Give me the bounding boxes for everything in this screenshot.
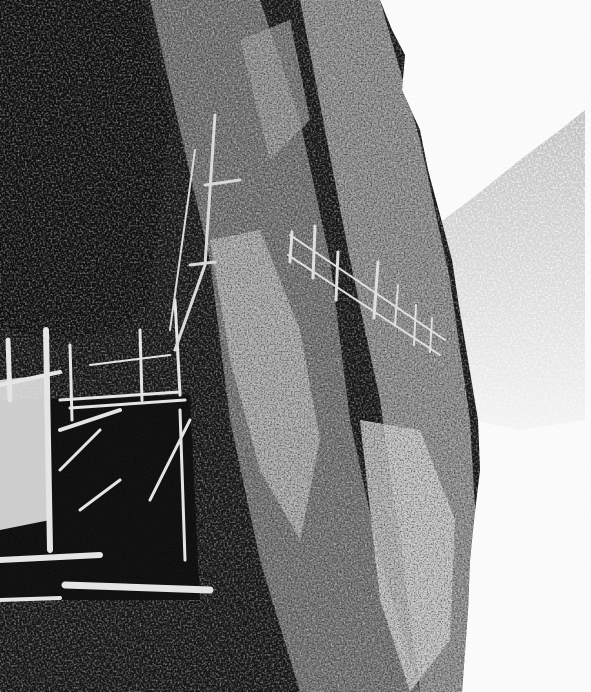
film-grain [0,0,591,692]
cliff-walkway-photograph [0,0,591,692]
photo-scene [0,0,591,692]
